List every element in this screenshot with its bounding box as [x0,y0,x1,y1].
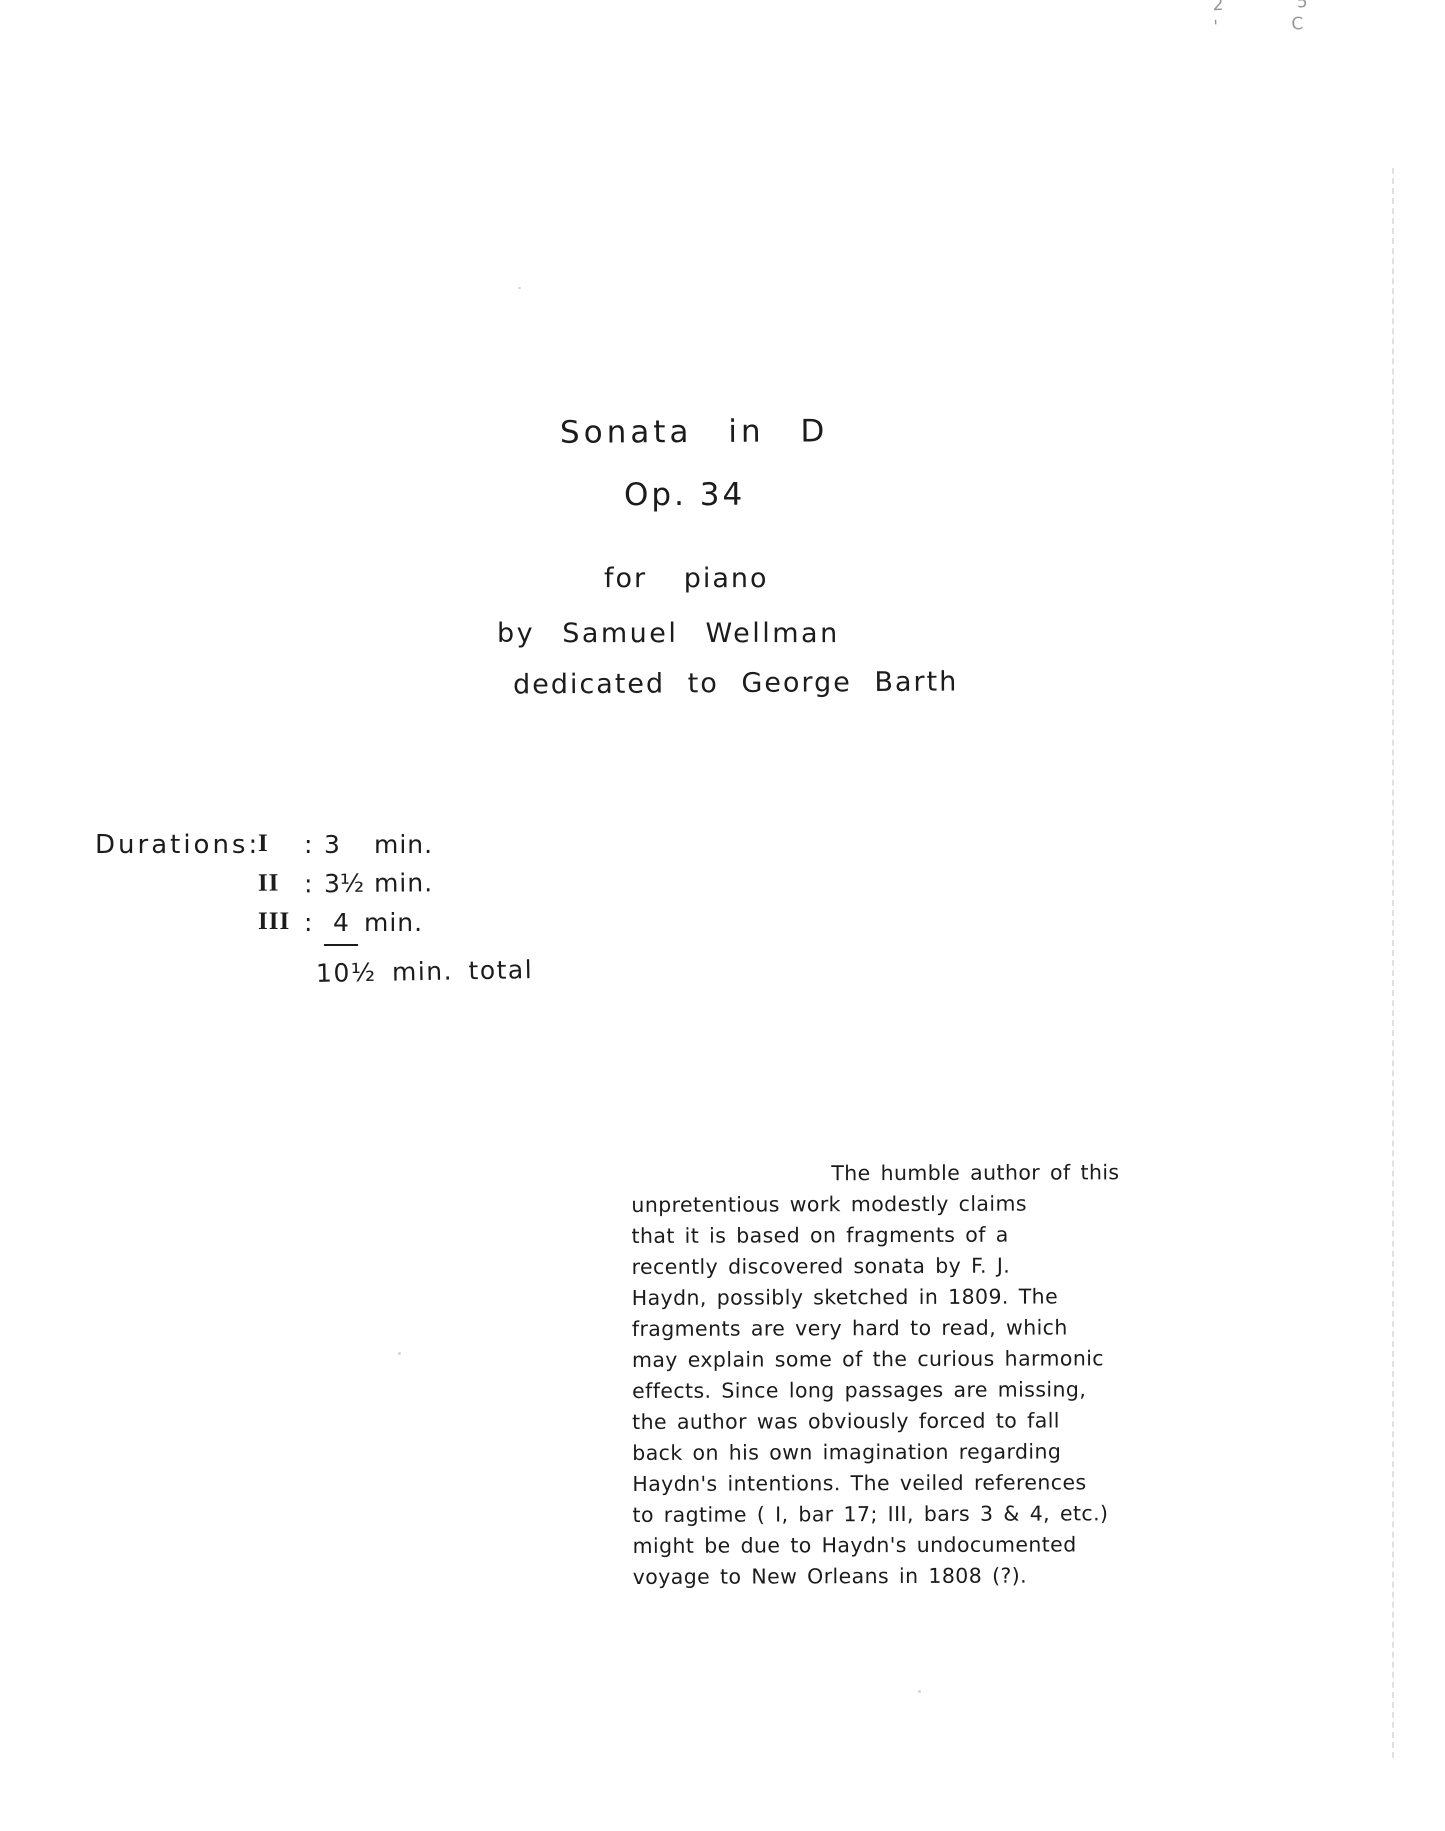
scan-noise-speck [398,1352,401,1355]
movement-numeral: I [258,830,304,858]
scanned-manuscript-page: 2 5 ' C Sonata in D Op. 34 for piano by … [0,0,1445,1831]
movement-duration-underlined: 4 [324,908,358,946]
movement-numeral: III [258,908,304,936]
opus-number: Op. 34 [624,477,745,513]
scan-noise-speck [918,1690,921,1693]
durations-label: Durations: [95,830,260,860]
duration-unit: min. [364,908,423,937]
colon: : [304,830,324,859]
colon: : [304,908,324,937]
instrumentation-line: for piano [604,563,769,594]
author-note-paragraph: The humble author of this unpretentious … [631,1157,1181,1593]
duration-row-movement-1: I:3min. [258,830,433,859]
movement-numeral: II [258,869,304,897]
duration-unit: min. [374,830,433,859]
movement-duration: 3 [324,830,368,859]
scan-artifact-line [1392,168,1394,1758]
dedication-line: dedicated to George Barth [513,666,958,700]
movement-duration: 3½ [324,869,368,898]
corner-pen-marks: 2 5 ' C [1212,0,1343,38]
composer-byline: by Samuel Wellman [497,618,840,649]
duration-row-movement-3: III:4min. [258,908,423,946]
scan-noise-speck [518,287,521,289]
page-title: Sonata in D [560,413,828,450]
corner-mark-row2: ' C [1213,12,1343,38]
duration-total: 10½ min. total [316,955,534,988]
duration-row-movement-2: II:3½min. [258,868,433,899]
duration-unit: min. [374,868,433,898]
colon: : [304,869,324,898]
